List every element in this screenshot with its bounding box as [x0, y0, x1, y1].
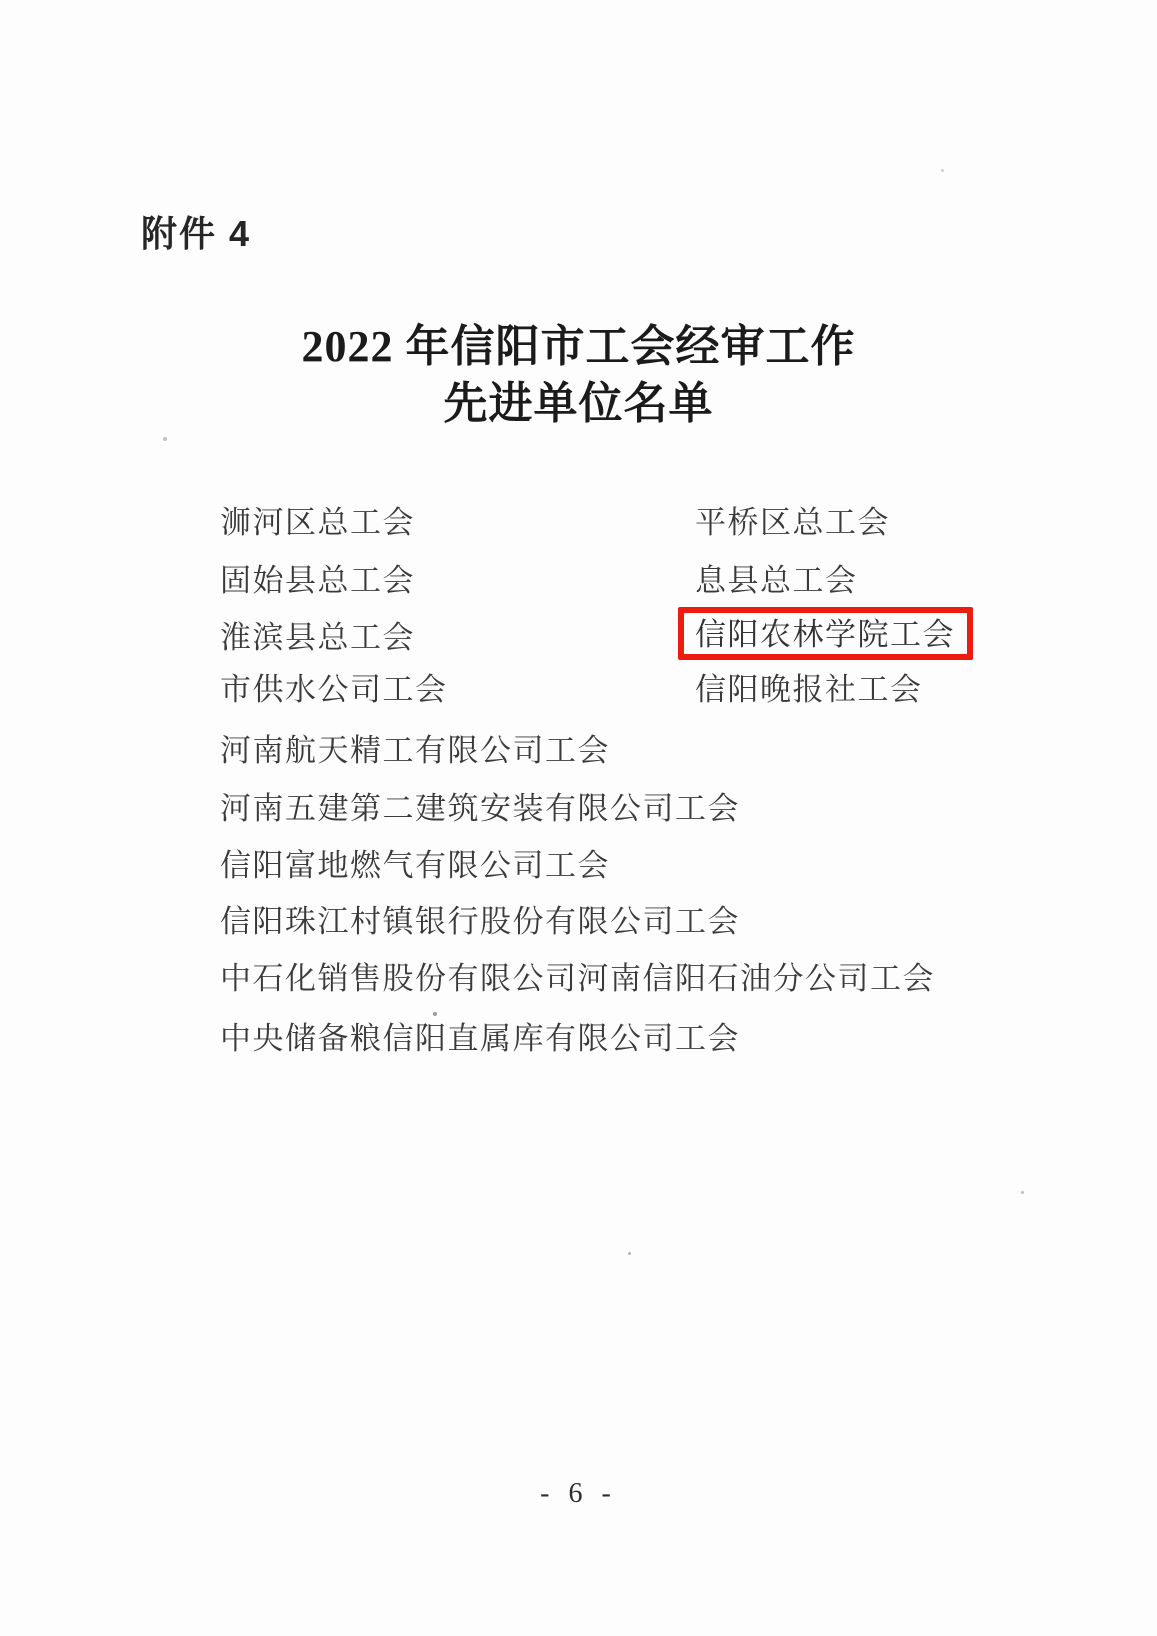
unit-name-left: 淮滨县总工会: [220, 619, 415, 657]
list-row: 淮滨县总工会 信阳农林学院工会: [0, 619, 1157, 657]
scan-speck: [628, 1252, 631, 1255]
unit-name-left: 固始县总工会: [220, 562, 415, 600]
page-number: - 6 -: [0, 1478, 1157, 1510]
unit-name-left: 河南航天精工有限公司工会: [220, 732, 610, 770]
scan-speck: [433, 1012, 437, 1016]
list-row: 河南五建第二建筑安装有限公司工会: [0, 790, 1157, 828]
scan-speck: [1021, 1191, 1024, 1194]
list-row: 中央储备粮信阳直属库有限公司工会: [0, 1020, 1157, 1058]
unit-name-left: 市供水公司工会: [220, 671, 448, 709]
unit-list: 浉河区总工会 平桥区总工会 固始县总工会 息县总工会 淮滨县总工会 信阳农林学院…: [0, 0, 1157, 1636]
list-row: 浉河区总工会 平桥区总工会: [0, 504, 1157, 542]
list-row: 市供水公司工会 信阳晚报社工会: [0, 671, 1157, 709]
unit-name-right: 信阳晚报社工会: [695, 671, 923, 709]
unit-name-right-highlighted: 信阳农林学院工会: [695, 620, 955, 650]
unit-name-left: 信阳珠江村镇银行股份有限公司工会: [220, 903, 740, 941]
list-row: 固始县总工会 息县总工会: [0, 562, 1157, 600]
unit-name-right: 平桥区总工会: [695, 504, 890, 542]
scan-speck: [163, 437, 167, 441]
list-row: 中石化销售股份有限公司河南信阳石油分公司工会: [0, 960, 1157, 998]
unit-name-left: 中石化销售股份有限公司河南信阳石油分公司工会: [220, 960, 935, 998]
unit-name-left: 信阳富地燃气有限公司工会: [220, 847, 610, 885]
document-page: 附件 4 2022 年信阳市工会经审工作 先进单位名单 浉河区总工会 平桥区总工…: [0, 0, 1157, 1636]
unit-name-left: 浉河区总工会: [220, 504, 415, 542]
list-row: 河南航天精工有限公司工会: [0, 732, 1157, 770]
unit-name-right: 息县总工会: [695, 562, 858, 600]
list-row: 信阳珠江村镇银行股份有限公司工会: [0, 903, 1157, 941]
scan-speck: [941, 169, 944, 172]
list-row: 信阳富地燃气有限公司工会: [0, 847, 1157, 885]
highlight-box: 信阳农林学院工会: [678, 607, 973, 660]
unit-name-left: 中央储备粮信阳直属库有限公司工会: [220, 1020, 740, 1058]
unit-name-left: 河南五建第二建筑安装有限公司工会: [220, 790, 740, 828]
